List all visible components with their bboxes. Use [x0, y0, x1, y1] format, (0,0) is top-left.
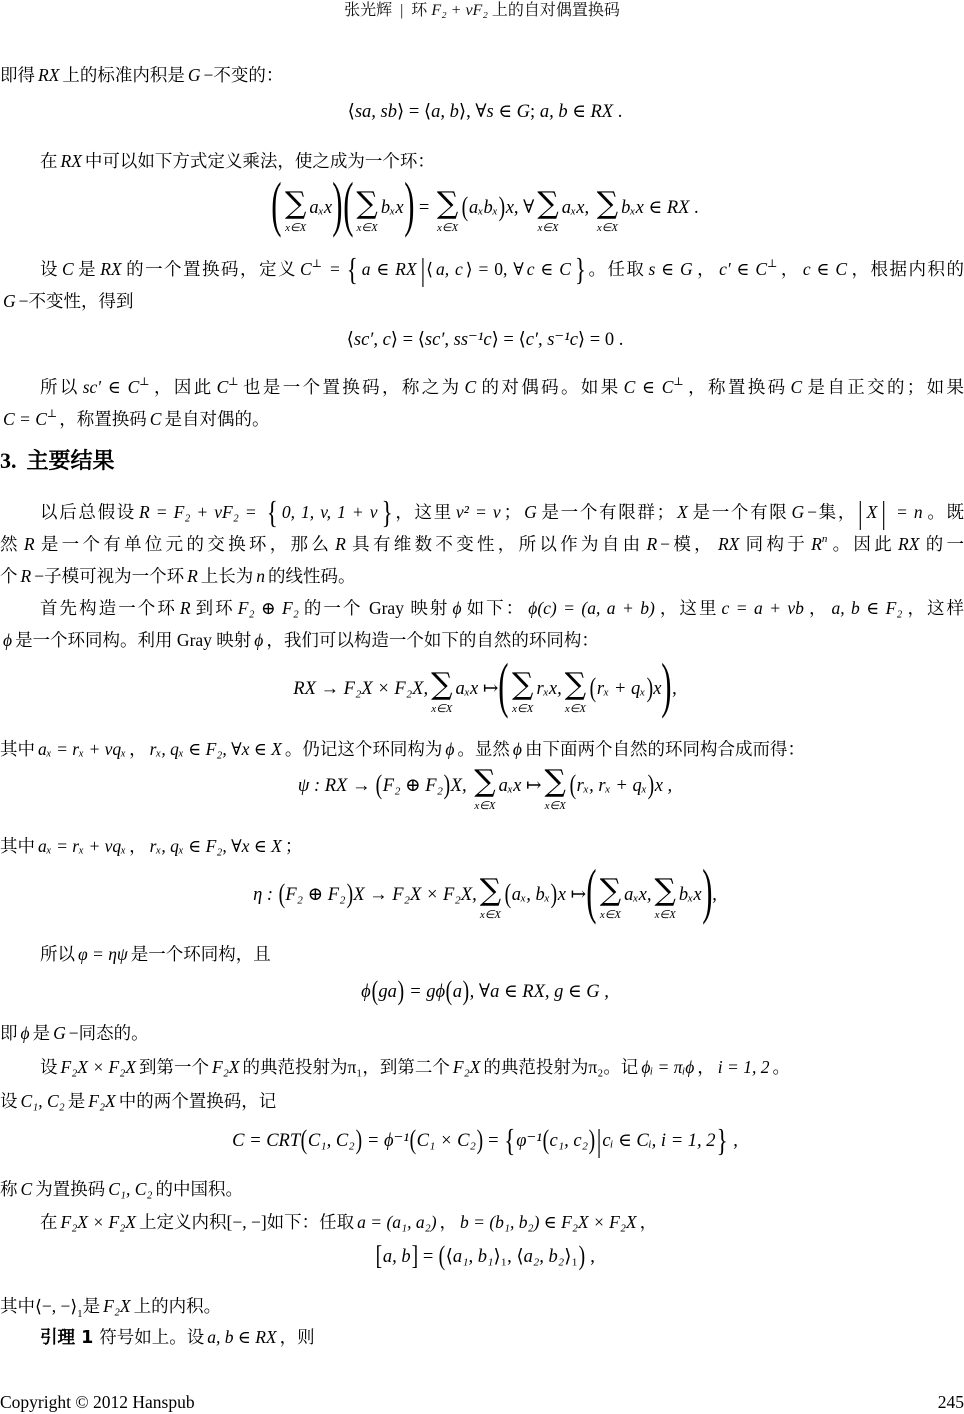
- math-expression: a, b: [383, 1247, 411, 1267]
- math-expression: b = (b₁, b₂) ∈ F₂X × F₂X: [457, 1212, 640, 1232]
- summation: ∑x∈X: [437, 189, 458, 234]
- paragraph-line: 设F₂X × F₂X到第一个F₂X的典范投射为π₁，到第二个F₂X的典范投射为π…: [40, 1053, 790, 1081]
- paragraph-line: 其中aₓ = rₓ + vqₓ，rₓ, qₓ ∈ F₂, ∀x ∈ X；: [0, 832, 302, 860]
- title-math: F₂ + vF₂: [431, 2, 488, 19]
- math-expression: C: [147, 409, 165, 429]
- math-expression: x: [506, 198, 514, 218]
- math-expression: X,: [451, 776, 472, 796]
- math-expression: RX: [715, 534, 742, 554]
- text-run: ；: [504, 502, 522, 522]
- text-run: ，: [440, 1212, 458, 1232]
- paragraph-line: C = C⊥，称置换码C是自对偶的。: [0, 405, 269, 433]
- summation: ∑x∈X: [600, 876, 621, 921]
- math-expression: F₂X × F₂X: [58, 1057, 140, 1077]
- math-expression: C ∈ C: [621, 377, 674, 397]
- text-run: 在: [40, 1212, 58, 1232]
- separator: |: [396, 2, 407, 19]
- sum-limit: x∈X: [431, 703, 452, 715]
- math-symbol: π₁: [347, 1057, 362, 1077]
- sum-symbol: ∑: [480, 876, 501, 906]
- text-run: 的一: [922, 534, 964, 554]
- paragraph-line: 在RX中可以如下方式定义乘法，使之成为一个环：: [40, 147, 435, 175]
- large-bracket: }: [716, 1124, 729, 1156]
- paren: ): [463, 977, 470, 1005]
- large-bracket: {: [346, 253, 359, 285]
- math-expression: a₁, b₁: [453, 1247, 494, 1267]
- paren: ): [355, 1126, 362, 1154]
- text-run: 即: [0, 1023, 18, 1043]
- text-run: 的一个 Gray 映射: [302, 598, 450, 618]
- math-expression: a = (a₁, a₂): [354, 1212, 439, 1232]
- math-expression: R = F₂ + vF₂ =: [136, 502, 266, 522]
- section-title: 主要结果: [27, 449, 115, 474]
- superscript: ⊥: [139, 376, 151, 388]
- math-expression: bₓx: [621, 198, 644, 218]
- math-expression: v² = v: [453, 502, 504, 522]
- text-run: ，到第二个: [362, 1057, 450, 1077]
- math-expression: C: [18, 1179, 36, 1199]
- math-expression: C: [59, 259, 77, 279]
- math-expression: a, c: [433, 259, 466, 279]
- paragraph-line: 其中aₓ = rₓ + vqₓ，rₓ, qₓ ∈ F₂, ∀x ∈ X。仍记这个…: [0, 735, 805, 763]
- math-expression: φ = ηψ: [75, 944, 131, 964]
- text-run: ，: [807, 598, 829, 618]
- text-run: 以后总假设: [40, 502, 136, 522]
- sum-symbol: ∑: [356, 189, 377, 219]
- math-expression: aₓx ↦: [456, 679, 499, 699]
- text-run: ，: [640, 1212, 658, 1232]
- text-run: 其中: [0, 1296, 35, 1316]
- text-run: ，称置换码: [59, 409, 147, 429]
- text-run: 到环: [194, 598, 235, 618]
- text-run: 子模可视为一个环: [44, 566, 184, 586]
- summation: ∑x∈X: [565, 670, 586, 715]
- text-run: ，称置换码: [686, 377, 788, 397]
- math-symbol: ⟨: [446, 1247, 453, 1267]
- big-paren: (: [499, 655, 509, 721]
- paren: (: [439, 1242, 446, 1270]
- math-expression: ϕᵢ = πᵢϕ: [638, 1057, 697, 1077]
- math-symbol: ⟨: [348, 102, 355, 122]
- math-expression: = gϕ: [405, 982, 446, 1002]
- paren: ): [648, 771, 655, 799]
- text-run: 。仍记这个环同构为: [285, 739, 443, 759]
- math-expression: F₂ ⊕ F₂: [285, 885, 345, 905]
- text-run: ，: [129, 836, 147, 856]
- text-run: ，因此: [152, 377, 214, 397]
- text-run: 也是一个置换码，称之为: [241, 377, 462, 397]
- large-bracket: }: [381, 496, 394, 528]
- text-run: 首先构造一个环: [40, 598, 177, 618]
- math-symbol: −: [69, 1023, 79, 1043]
- math-symbol: ,: [586, 1247, 595, 1267]
- text-run: 其中: [0, 739, 35, 759]
- math-symbol: =: [414, 198, 434, 218]
- math-symbol: ⟩ = ⟨: [391, 330, 425, 350]
- summation: ∑x∈X: [431, 670, 452, 715]
- text-run: 如下：任取: [267, 1212, 355, 1232]
- math-expression: RX: [667, 198, 690, 218]
- large-bracket: {: [503, 1124, 516, 1156]
- big-paren: ): [662, 655, 672, 721]
- text-run: ，这样: [905, 598, 964, 618]
- paren: (: [590, 674, 597, 702]
- math-expression: n: [253, 566, 268, 586]
- math-expression: ϕ: [18, 1023, 33, 1043]
- large-bracket: |: [420, 253, 427, 285]
- math-expression: aₓx ↦: [499, 776, 542, 796]
- math-expression: ψ : RX →: [298, 776, 375, 796]
- sum-symbol: ∑: [537, 189, 558, 219]
- math-expression: rₓ, rₓ + qₓ: [577, 776, 647, 796]
- text-run: ，则: [280, 1327, 315, 1347]
- math-expression: ga: [378, 982, 397, 1002]
- math-symbol: −: [660, 534, 670, 554]
- math-expression: ϕ(c) = (a, a + b): [525, 598, 658, 618]
- sum-limit: x∈X: [565, 703, 586, 715]
- title-prefix: 环: [411, 2, 427, 19]
- text-run: ，: [696, 259, 717, 279]
- paragraph-line: 设C₁, C₂是F₂X中的两个置换码，记: [0, 1087, 276, 1115]
- paragraph-line: 所以sc′ ∈ C⊥，因此C⊥也是一个置换码，称之为C的对偶码。如果C ∈ C⊥…: [40, 373, 964, 401]
- math-expression: C₁, C₂: [308, 1131, 355, 1151]
- big-paren: ): [702, 861, 712, 927]
- section-number: 3.: [0, 448, 17, 473]
- math-expression: G: [788, 502, 807, 522]
- math-symbol: =: [484, 1131, 504, 1151]
- superscript: ⊥: [312, 258, 324, 270]
- text-run: 同态的。: [79, 1023, 149, 1043]
- math-expression: a, b ∈ RX: [540, 102, 613, 122]
- math-expression: x ↦: [558, 885, 586, 905]
- text-run: 的典范投射为: [483, 1057, 588, 1077]
- text-run: 其中: [0, 836, 35, 856]
- math-expression: c = a + vb: [719, 598, 807, 618]
- text-run: 的典范投射为: [242, 1057, 347, 1077]
- text-run: ，这里: [394, 502, 453, 522]
- text-run: 不变的：: [213, 65, 283, 85]
- math-expression: = n: [887, 502, 926, 522]
- sum-limit: x∈X: [437, 222, 458, 234]
- text-run: 是一个有限: [691, 502, 789, 522]
- math-expression: cᵢ ∈ Cᵢ, i = 1, 2: [602, 1131, 715, 1151]
- text-run: 。任取: [587, 259, 645, 279]
- text-run: 是自正交的；如果: [805, 377, 964, 397]
- text-run: 不变性，得到: [29, 291, 134, 311]
- text-run: 集，: [817, 502, 857, 522]
- text-run: 是自对偶的。: [164, 409, 269, 429]
- math-expression: R: [808, 534, 822, 554]
- text-run: ，我们可以构造一个如下的自然的环同构：: [266, 630, 599, 650]
- text-run: 所以: [40, 377, 80, 397]
- math-expression: F₂X × F₂X: [58, 1212, 140, 1232]
- paragraph-line: 即得RX上的标准内积是G−不变的：: [0, 61, 283, 89]
- math-expression: F₂ ⊕ F₂: [383, 776, 443, 796]
- summation: ∑x∈X: [597, 189, 618, 234]
- math-expression: C₁, C₂: [18, 1091, 68, 1111]
- math-expression: aₓ, bₓ: [512, 885, 550, 905]
- math-expression: C: [297, 259, 312, 279]
- math-expression: F₂ ⊕ F₂: [235, 598, 302, 618]
- large-bracket: |: [596, 1124, 603, 1156]
- display-equation: ϕ(ga) = gϕ(a), ∀a ∈ RX, g ∈ G ,: [0, 978, 964, 1006]
- sum-limit: x∈X: [655, 909, 676, 921]
- paren: (: [301, 1126, 308, 1154]
- math-symbol: −: [807, 502, 817, 522]
- big-paren: (: [586, 861, 596, 927]
- math-expression: x: [653, 679, 661, 699]
- sum-limit: x∈X: [512, 703, 533, 715]
- paper-page: 张光辉 | 环 F₂ + vF₂ 上的自对偶置换码 即得RX上的标准内积是G−不…: [0, 0, 964, 1414]
- text-run: 中可以如下方式定义乘法，使之成为一个环：: [85, 151, 435, 171]
- math-symbol: −: [34, 566, 44, 586]
- summation: ∑x∈X: [285, 189, 306, 234]
- big-paren: ): [332, 174, 342, 240]
- paragraph-line: 其中⟨−, −⟩1是F₂X上的内积。: [0, 1292, 221, 1320]
- display-equation: C = CRT(C₁, C₂) = ϕ⁻¹(C₁ × C₂) = {φ⁻¹(c₁…: [0, 1127, 964, 1155]
- math-symbol: ,: [729, 1131, 738, 1151]
- sum-limit: x∈X: [545, 800, 566, 812]
- math-expression: a, b ∈ F₂: [829, 598, 906, 618]
- paren: ): [444, 771, 451, 799]
- paren: ): [551, 880, 558, 908]
- text-run: 同构于: [742, 534, 808, 554]
- math-expression: F₂X: [450, 1057, 483, 1077]
- text-run: 符号如上。设: [99, 1327, 204, 1347]
- math-expression: C₁ × C₂: [417, 1131, 476, 1151]
- math-expression: aₓx,: [624, 885, 651, 905]
- math-expression: c′, s⁻¹c: [526, 330, 578, 350]
- text-run: 的线性码。: [268, 566, 356, 586]
- paren: ): [646, 674, 653, 702]
- sum-symbol: ∑: [431, 670, 452, 700]
- paragraph-line: 称C为置换码C₁, C₂的中国积。: [0, 1175, 243, 1203]
- math-expression: G: [50, 1023, 69, 1043]
- math-symbol: ,: [584, 198, 593, 218]
- large-bracket: {: [266, 496, 279, 528]
- math-expression: η :: [253, 885, 278, 905]
- text-run: 是: [68, 1091, 86, 1111]
- math-symbol: , ∀: [514, 198, 534, 218]
- math-expression: C: [214, 377, 229, 397]
- text-run: 如下：: [465, 598, 526, 618]
- paren: (: [570, 771, 577, 799]
- large-bracket: }: [574, 253, 587, 285]
- summation: ∑x∈X: [356, 189, 377, 234]
- paren: (: [371, 977, 378, 1005]
- sum-symbol: ∑: [545, 767, 566, 797]
- text-run: ；: [285, 836, 303, 856]
- math-symbol: .: [613, 102, 622, 122]
- text-run: 个: [0, 566, 18, 586]
- math-expression: sc′, ss⁻¹c: [425, 330, 492, 350]
- text-run: 中的两个置换码，记: [119, 1091, 277, 1111]
- math-expression: rₓ + qₓ: [597, 679, 646, 699]
- text-run: 是: [33, 1023, 51, 1043]
- math-symbol: ⟨−, −⟩: [35, 1296, 77, 1316]
- text-run: 设: [0, 1091, 18, 1111]
- math-expression: C₁, C₂: [105, 1179, 155, 1199]
- math-expression: aₓ = rₓ + vqₓ: [35, 836, 129, 856]
- text-run: 所以: [40, 944, 75, 964]
- math-expression: rₓx,: [536, 679, 561, 699]
- paragraph-line: 个R−子模可视为一个环R上长为n的线性码。: [0, 562, 356, 590]
- text-run: 在: [40, 151, 58, 171]
- math-expression: R: [184, 566, 201, 586]
- math-expression: ϕ: [361, 982, 371, 1002]
- title-suffix: 上的自对偶置换码: [492, 2, 620, 19]
- math-expression: a, b: [431, 102, 459, 122]
- math-symbol: ⟩₁: [564, 1247, 578, 1267]
- math-expression: aₓbₓ: [469, 198, 498, 218]
- math-expression: a: [453, 982, 462, 1002]
- math-symbol: ⟨: [347, 330, 354, 350]
- large-bracket: |: [880, 496, 887, 528]
- math-expression: RX: [35, 65, 62, 85]
- text-run: 然: [0, 534, 21, 554]
- lemma-statement: 引理 1符号如上。设a, b ∈ RX，则: [40, 1323, 315, 1352]
- text-run: ，根据内积的: [850, 259, 964, 279]
- math-symbol: −: [204, 65, 214, 85]
- display-equation: ⟨sc′, c⟩ = ⟨sc′, ss⁻¹c⟩ = ⟨c′, s⁻¹c⟩ = 0…: [0, 326, 964, 354]
- text-run: 。因此: [829, 534, 895, 554]
- paren: ): [476, 1126, 483, 1154]
- math-expression: F₂X: [85, 1091, 118, 1111]
- text-run: 为置换码: [35, 1179, 105, 1199]
- math-expression: RX → F₂X × F₂X,: [293, 679, 428, 699]
- math-symbol: π₂: [588, 1057, 603, 1077]
- text-run: ，: [697, 1057, 715, 1077]
- text-run: 即得: [0, 65, 35, 85]
- text-run: 。: [772, 1057, 790, 1077]
- paren: (: [505, 880, 512, 908]
- paren: (: [376, 771, 383, 799]
- text-run: 设: [40, 259, 59, 279]
- math-symbol: ⟩ = ⟨: [397, 102, 431, 122]
- math-expression: c ∈ C: [800, 259, 850, 279]
- math-expression: bₓx: [679, 885, 702, 905]
- math-expression: X: [674, 502, 691, 522]
- paragraph-line: 以后总假设R = F₂ + vF₂ = {0, 1, v, 1 + v}，这里v…: [40, 498, 964, 526]
- math-expression: X: [864, 502, 881, 522]
- math-expression: R: [177, 598, 194, 618]
- math-expression: ϕ: [0, 630, 15, 650]
- text-run: 到第一个: [139, 1057, 209, 1077]
- math-expression: G: [521, 502, 540, 522]
- display-equation: [a, b] = (⟨a₁, b₁⟩₁, ⟨a₂, b₂⟩₁) ,: [0, 1243, 964, 1271]
- page-number: 245: [938, 1390, 964, 1414]
- superscript: ⊥: [767, 258, 779, 270]
- math-symbol: ⟩ = ⟨: [492, 330, 526, 350]
- sum-symbol: ∑: [285, 189, 306, 219]
- summation: ∑x∈X: [655, 876, 676, 921]
- math-expression: = ϕ⁻¹: [362, 1131, 409, 1151]
- paren: (: [409, 1126, 416, 1154]
- math-expression: aₓx: [309, 198, 332, 218]
- math-expression: a, b ∈ RX: [204, 1327, 279, 1347]
- text-run: 由下面两个自然的环同构合成而得：: [525, 739, 805, 759]
- big-paren: ): [404, 174, 414, 240]
- paren: ): [499, 193, 506, 221]
- large-bracket: |: [857, 496, 864, 528]
- paren: (: [278, 880, 285, 908]
- sum-limit: x∈X: [597, 222, 618, 234]
- sum-symbol: ∑: [565, 670, 586, 700]
- math-symbol: =: [418, 1247, 438, 1267]
- math-expression: rₓ, qₓ ∈ F₂, ∀x ∈ X: [147, 739, 285, 759]
- sum-symbol: ∑: [597, 189, 618, 219]
- paren: ): [578, 1242, 585, 1270]
- math-expression: C = CRT: [232, 1131, 300, 1151]
- sum-symbol: ∑: [600, 876, 621, 906]
- sum-limit: x∈X: [474, 800, 495, 812]
- math-symbol: ⟨: [426, 259, 433, 279]
- paren: ): [397, 977, 404, 1005]
- math-expression: R: [643, 534, 660, 554]
- paren: ]: [411, 1242, 418, 1270]
- text-run: 。既: [926, 502, 964, 522]
- summation: ∑x∈X: [537, 189, 558, 234]
- text-run: 上定义内积: [139, 1212, 227, 1232]
- sum-limit: x∈X: [480, 909, 501, 921]
- math-expression: aₓ = rₓ + vqₓ: [35, 739, 129, 759]
- sum-symbol: ∑: [474, 767, 495, 797]
- math-expression: sa, sb: [355, 102, 397, 122]
- math-symbol: [−, −]: [227, 1212, 267, 1232]
- math-expression: R: [18, 566, 35, 586]
- paragraph-line: 然R是一个有单位元的交换环，那么R具有维数不变性，所以作为自由R−模，RX同构于…: [0, 530, 964, 558]
- math-expression: sc′, c: [354, 330, 391, 350]
- math-expression: a ∈ RX: [359, 259, 420, 279]
- text-run: 是一个环同构。利用 Gray 映射: [15, 630, 251, 650]
- sum-symbol: ∑: [437, 189, 458, 219]
- math-expression: ϕ: [510, 739, 525, 759]
- text-run: 的对偶码。如果: [479, 377, 620, 397]
- math-expression: RX: [895, 534, 922, 554]
- math-expression: bₓx: [381, 198, 404, 218]
- paren: (: [462, 193, 469, 221]
- summation: ∑x∈X: [545, 767, 566, 812]
- text-run: 模，: [670, 534, 715, 554]
- text-run: 是一个有限群；: [540, 502, 674, 522]
- sum-limit: x∈X: [600, 909, 621, 921]
- display-equation: η : (F₂ ⊕ F₂)X → F₂X × F₂X,∑x∈X(aₓ, bₓ)x…: [0, 864, 964, 924]
- paragraph-line: 首先构造一个环R到环F₂ ⊕ F₂的一个 Gray 映射ϕ如下：ϕ(c) = (…: [40, 594, 964, 622]
- sum-limit: x∈X: [537, 222, 558, 234]
- math-expression: C: [787, 377, 805, 397]
- math-expression: RX: [97, 259, 124, 279]
- math-symbol: .: [689, 198, 698, 218]
- math-expression: c′ ∈ C: [716, 259, 767, 279]
- text-run: 是一个有单位元的交换环，那么: [38, 534, 333, 554]
- text-run: ，: [779, 259, 800, 279]
- summation: ∑x∈X: [480, 876, 501, 921]
- math-expression: G: [0, 291, 19, 311]
- big-paren: (: [343, 174, 353, 240]
- text-run: 上的标准内积是: [62, 65, 185, 85]
- math-expression: ϕ: [442, 739, 457, 759]
- paren: ): [589, 1126, 596, 1154]
- text-run: 是: [77, 259, 98, 279]
- math-symbol: ,: [672, 679, 677, 699]
- superscript: ⊥: [228, 376, 240, 388]
- math-symbol: ⟩ = 0 .: [578, 330, 623, 350]
- text-run: 上的内积。: [134, 1296, 222, 1316]
- text-run: 设: [40, 1057, 58, 1077]
- math-expression: , ∀a ∈ RX, g ∈ G ,: [470, 982, 609, 1002]
- text-run: 上长为: [201, 566, 254, 586]
- math-symbol: −: [19, 291, 29, 311]
